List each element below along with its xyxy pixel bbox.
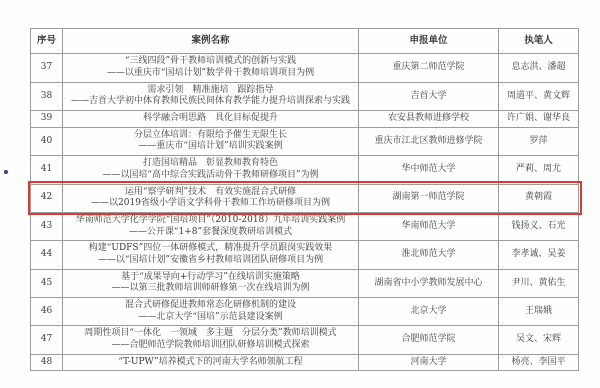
- cell-case-name: 华南师范大学化学学院“国培项目”（2010-2018）九年培训实践案例 ——公开…: [63, 212, 359, 240]
- column-header-no: 序号: [31, 29, 63, 54]
- cell-no: 44: [31, 241, 63, 269]
- cell-unit: 湖南第一师范学院: [359, 184, 499, 212]
- cell-case-name: 需求引领 精准施培 跟踪指导 ——吉首大学初中体育教师民族民间体育教学能力提升培…: [63, 82, 359, 110]
- cell-no: 43: [31, 212, 63, 240]
- cell-author: 许广娟、谢华良: [499, 111, 579, 128]
- table-row: 43 华南师范大学化学学院“国培项目”（2010-2018）九年培训实践案例 —…: [31, 212, 579, 240]
- cell-no: 41: [31, 156, 63, 184]
- column-header-case: 案例名称: [63, 29, 359, 54]
- cell-no: 48: [31, 354, 63, 371]
- column-header-unit: 申报单位: [359, 29, 499, 54]
- cell-case-name: 科学融合明思路 具化目标促提升: [63, 111, 359, 128]
- table-row-highlighted: 42 运用“察学研判”技术 有效实施混合式研修 ——以2019省级小学语文学科骨…: [31, 184, 579, 212]
- cell-unit: 农安县教师进修学校: [359, 111, 499, 128]
- cell-author: 周道平、黄文辉: [499, 82, 579, 110]
- cell-case-name: 构建“UDFS”四位一体研修模式，精准提升学员跟岗实践效果 ——以“国培计划”安…: [63, 241, 359, 269]
- cell-no: 37: [31, 54, 63, 82]
- cell-no: 38: [31, 82, 63, 110]
- cell-unit: 淮北师范大学: [359, 241, 499, 269]
- ink-dot-artifact: [4, 170, 8, 174]
- cell-case-name: 周期性项目“一体化 一领域 多主题 分层分类”教师培训模式 ——合肥师范学院教师…: [63, 326, 359, 354]
- cell-no: 46: [31, 298, 63, 326]
- cell-author: 黄朝霞: [499, 184, 579, 212]
- cell-case-name: “三线四段”骨干教师培训模式的创新与实践 ——以重庆市“国培计划”数学骨干教师培…: [63, 54, 359, 82]
- table-row: 48 “T-UPW”培养模式下的河南大学名师领航工程 河南大学 杨亮、李国平: [31, 354, 579, 371]
- cell-unit: 河南大学: [359, 354, 499, 371]
- training-case-table: 序号 案例名称 申报单位 执笔人 37 “三线四段”骨干教师培训模式的创新与实践…: [30, 28, 579, 371]
- cell-author: 钱扬义、石光: [499, 212, 579, 240]
- cell-unit: 北京大学: [359, 298, 499, 326]
- table-row: 38 需求引领 精准施培 跟踪指导 ——吉首大学初中体育教师民族民间体育教学能力…: [31, 82, 579, 110]
- cell-author: 李孝诚、吴姜: [499, 241, 579, 269]
- cell-unit: 合肥师范学院: [359, 326, 499, 354]
- column-header-author: 执笔人: [499, 29, 579, 54]
- cell-unit: 吉首大学: [359, 82, 499, 110]
- cell-author: 罗萍: [499, 127, 579, 155]
- cell-no: 42: [31, 184, 63, 212]
- cell-author: 吴文、宋辉: [499, 326, 579, 354]
- cell-no: 40: [31, 127, 63, 155]
- cell-author: 息志洪、潘超: [499, 54, 579, 82]
- cell-author: 王瑞娥: [499, 298, 579, 326]
- cell-author: 严莉、周尤: [499, 156, 579, 184]
- table-row: 39 科学融合明思路 具化目标促提升 农安县教师进修学校 许广娟、谢华良: [31, 111, 579, 128]
- table-row: 41 打造国培精品 彰显教师教育特色 ——以国培“高中综合实践活动骨干教师研修项…: [31, 156, 579, 184]
- cell-unit: 重庆第二师范学院: [359, 54, 499, 82]
- table-row: 46 混合式研修促进教师常态化研修机制的建设 ——北京大学“国培”示范县建设案例…: [31, 298, 579, 326]
- table-row: 44 构建“UDFS”四位一体研修模式，精准提升学员跟岗实践效果 ——以“国培计…: [31, 241, 579, 269]
- cell-no: 45: [31, 269, 63, 297]
- table-row: 40 分层立体培训：有限给予催生无限生长 ——重庆市“国培计划”培训实践案例 重…: [31, 127, 579, 155]
- cell-case-name: 运用“察学研判”技术 有效实施混合式研修 ——以2019省级小学语文学科骨干教师…: [63, 184, 359, 212]
- cell-case-name: 分层立体培训：有限给予催生无限生长 ——重庆市“国培计划”培训实践案例: [63, 127, 359, 155]
- table-row: 37 “三线四段”骨干教师培训模式的创新与实践 ——以重庆市“国培计划”数学骨干…: [31, 54, 579, 82]
- cell-unit: 华南师范大学: [359, 212, 499, 240]
- cell-case-name: 混合式研修促进教师常态化研修机制的建设 ——北京大学“国培”示范县建设案例: [63, 298, 359, 326]
- cell-no: 47: [31, 326, 63, 354]
- cell-author: 杨亮、李国平: [499, 354, 579, 371]
- cell-case-name: “T-UPW”培养模式下的河南大学名师领航工程: [63, 354, 359, 371]
- table-header-row: 序号 案例名称 申报单位 执笔人: [31, 29, 579, 54]
- cell-case-name: 基于“成果导向+行动学习”在线培训实施策略 ——以第三批教师培训师研修第一次在线…: [63, 269, 359, 297]
- table-row: 47 周期性项目“一体化 一领域 多主题 分层分类”教师培训模式 ——合肥师范学…: [31, 326, 579, 354]
- cell-no: 39: [31, 111, 63, 128]
- cell-unit: 湖南省中小学教师发展中心: [359, 269, 499, 297]
- scanned-document-page: 序号 案例名称 申报单位 执笔人 37 “三线四段”骨干教师培训模式的创新与实践…: [0, 0, 600, 388]
- cell-case-name: 打造国培精品 彰显教师教育特色 ——以国培“高中综合实践活动骨干教师研修项目”为…: [63, 156, 359, 184]
- cell-unit: 华中师范大学: [359, 156, 499, 184]
- cell-unit: 重庆市江北区教师进修学院: [359, 127, 499, 155]
- cell-author: 尹川、黄佑生: [499, 269, 579, 297]
- table-row: 45 基于“成果导向+行动学习”在线培训实施策略 ——以第三批教师培训师研修第一…: [31, 269, 579, 297]
